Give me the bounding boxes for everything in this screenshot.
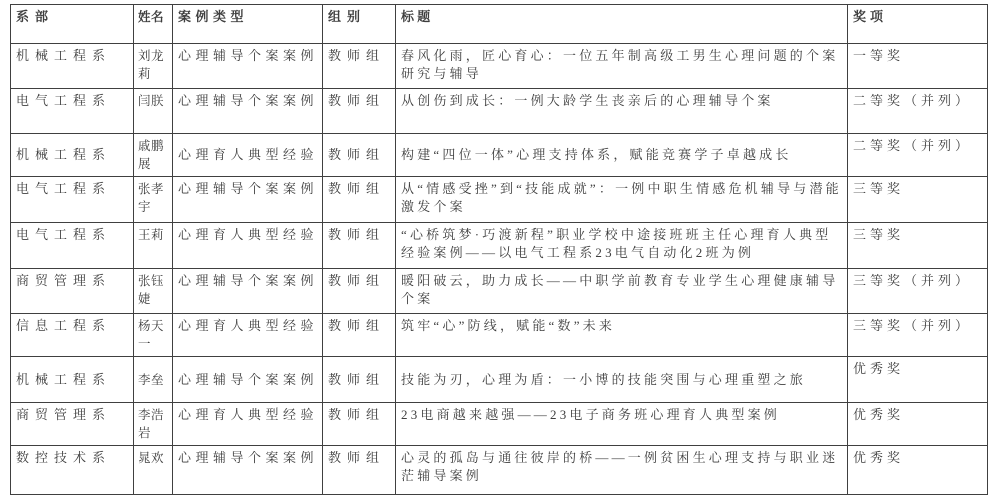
header-name: 姓名 bbox=[134, 5, 173, 44]
cell-dept: 电气工程系 bbox=[11, 177, 134, 223]
cell-name: 戚鹏展 bbox=[134, 134, 173, 177]
cell-dept: 机械工程系 bbox=[11, 134, 134, 177]
table-row: 电气工程系王莉心理育人典型经验教师组“心桥筑梦·巧渡新程”职业学校中途接班班主任… bbox=[11, 223, 988, 269]
cell-group: 教师组 bbox=[323, 44, 396, 89]
cell-case-type: 心理辅导个案案例 bbox=[173, 357, 323, 403]
cell-title: 技能为刃，心理为盾：一小博的技能突围与心理重塑之旅 bbox=[396, 357, 848, 403]
cell-name: 刘龙莉 bbox=[134, 44, 173, 89]
cell-title: 23电商越来越强——23电子商务班心理育人典型案例 bbox=[396, 403, 848, 446]
cell-title: 构建“四位一体”心理支持体系，赋能竞赛学子卓越成长 bbox=[396, 134, 848, 177]
table-row: 商贸管理系张钰婕心理辅导个案案例教师组暖阳破云，助力成长——中职学前教育专业学生… bbox=[11, 269, 988, 314]
cell-title: 春风化雨，匠心育心：一位五年制高级工男生心理问题的个案研究与辅导 bbox=[396, 44, 848, 89]
cell-dept: 机械工程系 bbox=[11, 44, 134, 89]
cell-case-type: 心理育人典型经验 bbox=[173, 223, 323, 269]
cell-group: 教师组 bbox=[323, 223, 396, 269]
awards-table: 系部 姓名 案例类型 组别 标题 奖项 机械工程系刘龙莉心理辅导个案案例教师组春… bbox=[10, 4, 988, 495]
cell-award: 优秀奖 bbox=[848, 403, 988, 446]
cell-award: 二等奖（并列） bbox=[848, 89, 988, 134]
cell-group: 教师组 bbox=[323, 446, 396, 495]
table-row: 机械工程系李垒心理辅导个案案例教师组技能为刃，心理为盾：一小博的技能突围与心理重… bbox=[11, 357, 988, 403]
cell-award: 优秀奖 bbox=[848, 446, 988, 495]
cell-group: 教师组 bbox=[323, 177, 396, 223]
cell-name: 杨天一 bbox=[134, 314, 173, 357]
cell-case-type: 心理辅导个案案例 bbox=[173, 177, 323, 223]
cell-award: 优秀奖 bbox=[848, 357, 988, 403]
cell-case-type: 心理辅导个案案例 bbox=[173, 446, 323, 495]
cell-group: 教师组 bbox=[323, 269, 396, 314]
cell-award: 二等奖（并列） bbox=[848, 134, 988, 177]
cell-award: 三等奖 bbox=[848, 177, 988, 223]
header-row: 系部 姓名 案例类型 组别 标题 奖项 bbox=[11, 5, 988, 44]
cell-case-type: 心理辅导个案案例 bbox=[173, 89, 323, 134]
cell-award: 一等奖 bbox=[848, 44, 988, 89]
cell-case-type: 心理辅导个案案例 bbox=[173, 44, 323, 89]
cell-dept: 信息工程系 bbox=[11, 314, 134, 357]
cell-award: 三等奖（并列） bbox=[848, 314, 988, 357]
header-case-type: 案例类型 bbox=[173, 5, 323, 44]
table-body: 机械工程系刘龙莉心理辅导个案案例教师组春风化雨，匠心育心：一位五年制高级工男生心… bbox=[11, 44, 988, 495]
cell-group: 教师组 bbox=[323, 314, 396, 357]
table-row: 机械工程系刘龙莉心理辅导个案案例教师组春风化雨，匠心育心：一位五年制高级工男生心… bbox=[11, 44, 988, 89]
header-group: 组别 bbox=[323, 5, 396, 44]
cell-dept: 数控技术系 bbox=[11, 446, 134, 495]
cell-group: 教师组 bbox=[323, 403, 396, 446]
table-row: 商贸管理系李浩岩心理育人典型经验教师组23电商越来越强——23电子商务班心理育人… bbox=[11, 403, 988, 446]
table-row: 电气工程系闫朕心理辅导个案案例教师组从创伤到成长：一例大龄学生丧亲后的心理辅导个… bbox=[11, 89, 988, 134]
table-row: 机械工程系戚鹏展心理育人典型经验教师组构建“四位一体”心理支持体系，赋能竞赛学子… bbox=[11, 134, 988, 177]
cell-case-type: 心理育人典型经验 bbox=[173, 134, 323, 177]
cell-dept: 商贸管理系 bbox=[11, 269, 134, 314]
cell-name: 李浩岩 bbox=[134, 403, 173, 446]
cell-dept: 电气工程系 bbox=[11, 223, 134, 269]
cell-name: 张钰婕 bbox=[134, 269, 173, 314]
cell-dept: 电气工程系 bbox=[11, 89, 134, 134]
table-row: 信息工程系杨天一心理育人典型经验教师组筑牢“心”防线，赋能“数”未来三等奖（并列… bbox=[11, 314, 988, 357]
cell-case-type: 心理育人典型经验 bbox=[173, 403, 323, 446]
cell-group: 教师组 bbox=[323, 357, 396, 403]
table-row: 电气工程系张孝宇心理辅导个案案例教师组从“情感受挫”到“技能成就”：一例中职生情… bbox=[11, 177, 988, 223]
cell-case-type: 心理辅导个案案例 bbox=[173, 269, 323, 314]
header-dept: 系部 bbox=[11, 5, 134, 44]
cell-dept: 机械工程系 bbox=[11, 357, 134, 403]
cell-title: 暖阳破云，助力成长——中职学前教育专业学生心理健康辅导个案 bbox=[396, 269, 848, 314]
cell-award: 三等奖（并列） bbox=[848, 269, 988, 314]
cell-title: “心桥筑梦·巧渡新程”职业学校中途接班班主任心理育人典型经验案例——以电气工程系… bbox=[396, 223, 848, 269]
cell-case-type: 心理育人典型经验 bbox=[173, 314, 323, 357]
cell-name: 闫朕 bbox=[134, 89, 173, 134]
cell-title: 从创伤到成长：一例大龄学生丧亲后的心理辅导个案 bbox=[396, 89, 848, 134]
cell-group: 教师组 bbox=[323, 134, 396, 177]
cell-title: 从“情感受挫”到“技能成就”：一例中职生情感危机辅导与潜能激发个案 bbox=[396, 177, 848, 223]
cell-name: 李垒 bbox=[134, 357, 173, 403]
cell-title: 筑牢“心”防线，赋能“数”未来 bbox=[396, 314, 848, 357]
cell-name: 王莉 bbox=[134, 223, 173, 269]
cell-group: 教师组 bbox=[323, 89, 396, 134]
cell-award: 三等奖 bbox=[848, 223, 988, 269]
header-title: 标题 bbox=[396, 5, 848, 44]
cell-title: 心灵的孤岛与通往彼岸的桥——一例贫困生心理支持与职业迷茫辅导案例 bbox=[396, 446, 848, 495]
cell-name: 晁欢 bbox=[134, 446, 173, 495]
cell-name: 张孝宇 bbox=[134, 177, 173, 223]
cell-dept: 商贸管理系 bbox=[11, 403, 134, 446]
header-award: 奖项 bbox=[848, 5, 988, 44]
table-row: 数控技术系晁欢心理辅导个案案例教师组心灵的孤岛与通往彼岸的桥——一例贫困生心理支… bbox=[11, 446, 988, 495]
